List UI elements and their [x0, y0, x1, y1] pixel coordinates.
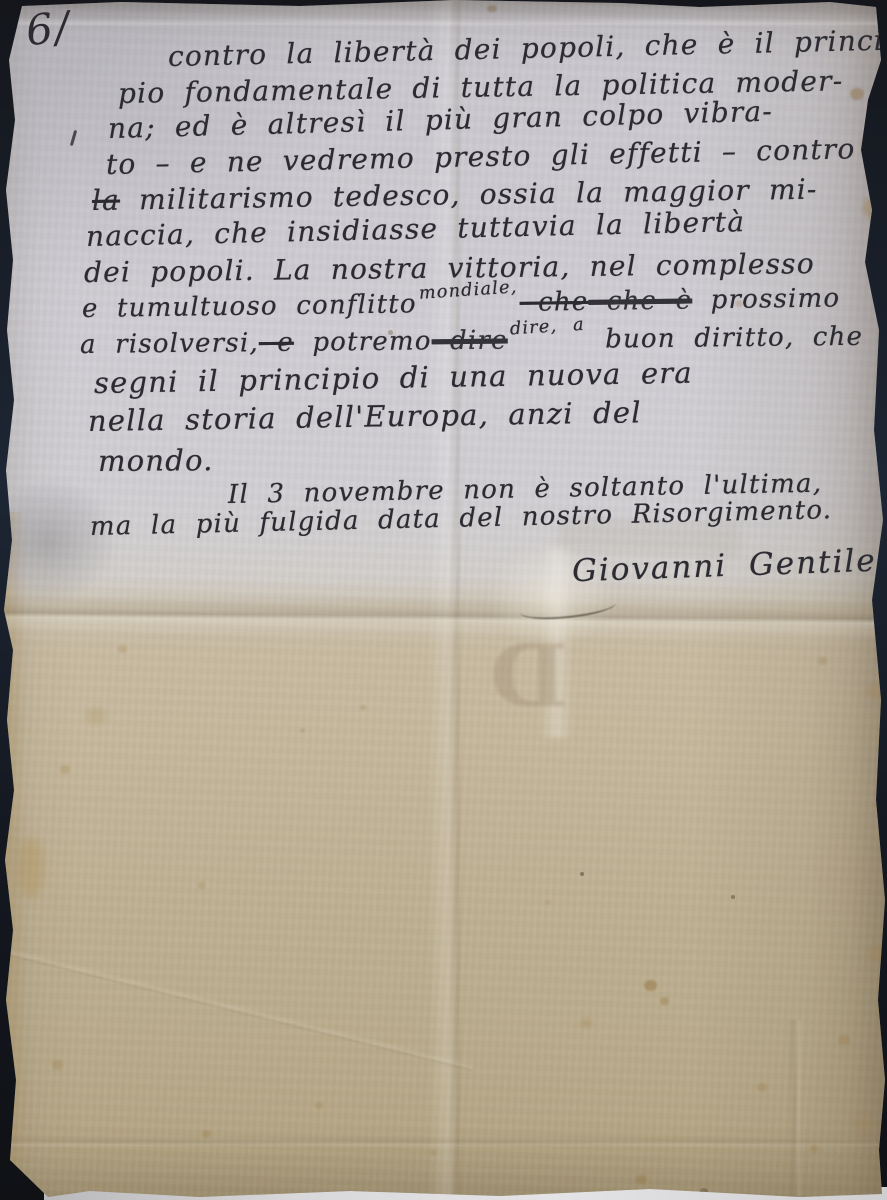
foxing-stain	[487, 5, 497, 12]
manuscript-line: mondo.	[98, 443, 214, 478]
text-segment-plain: mondo.	[98, 443, 214, 478]
text-segment-plain: a risolversi,	[80, 328, 259, 360]
top-fold-crease	[0, 0, 887, 26]
foxing-stain	[315, 1102, 323, 1109]
ink-bleedthrough-letter: D	[490, 622, 568, 723]
vertical-fold-crease-lower	[786, 1020, 802, 1200]
foxing-stain	[866, 685, 884, 699]
manuscript-line: nella storia dell'Europa, anzi del	[88, 395, 642, 438]
photograph: D 6/ contro la libertà dei popoli, che è…	[0, 0, 887, 1200]
foxing-stain	[660, 997, 669, 1005]
foxing-stain	[580, 872, 584, 876]
foxing-stain	[580, 1018, 592, 1028]
foxing-stain	[810, 1145, 818, 1152]
foxing-stain	[862, 132, 882, 158]
foxing-stain	[430, 1150, 437, 1156]
manuscript-page: D 6/ contro la libertà dei popoli, che è…	[0, 0, 887, 1200]
foxing-stain	[818, 657, 827, 665]
text-segment-plain: prossimo	[692, 283, 841, 315]
foxing-stain	[757, 1083, 767, 1092]
foxing-stain	[86, 708, 106, 724]
lower-fold-crease	[0, 1136, 887, 1148]
manuscript-line: segni il principio di una nuova era	[94, 356, 693, 400]
text-segment-plain: nella storia dell'Europa, anzi del	[88, 395, 642, 438]
foxing-stain	[863, 198, 879, 218]
manuscript-line: e tumultuoso conflittomondiale, che che …	[82, 283, 841, 324]
foxing-stain	[636, 1175, 647, 1184]
foxing-stain	[300, 728, 305, 733]
text-segment-plain: segni il principio di una nuova era	[94, 356, 693, 400]
foxing-stain	[850, 88, 864, 100]
foxing-stain	[731, 895, 735, 899]
diagonal-crease	[0, 937, 473, 1073]
text-segment-plain: buon diritto, che	[587, 322, 864, 355]
text-segment-strike: e	[259, 328, 294, 358]
foxing-stain	[60, 765, 70, 774]
foxing-stain	[360, 705, 366, 710]
text-segment-strike: che	[519, 287, 588, 318]
foxing-stain	[118, 645, 127, 653]
foxing-stain	[545, 900, 551, 905]
text-segment-plain: e tumultuoso conflitto	[82, 289, 417, 324]
text-segment-scribble: che è	[588, 285, 692, 316]
horizontal-fold-crease	[0, 593, 887, 641]
page-number: 6/	[24, 2, 74, 55]
foxing-stain	[868, 945, 886, 961]
stray-ink-mark	[70, 130, 77, 146]
foxing-stain	[838, 1035, 850, 1045]
foxing-stain	[852, 1115, 874, 1133]
foxing-stain	[202, 1130, 211, 1138]
foxing-stain	[644, 980, 657, 991]
manuscript-line: a risolversi, e potremo diredire, a buon…	[80, 322, 863, 360]
text-segment-strike: la	[92, 184, 121, 217]
text-segment-scribble: dire	[431, 326, 507, 357]
foxing-stain	[52, 1060, 63, 1070]
foxing-stain	[18, 838, 44, 898]
text-segment-insert: dire, a	[509, 315, 585, 340]
text-segment-plain: potremo	[294, 326, 432, 357]
foxing-stain	[198, 882, 205, 889]
